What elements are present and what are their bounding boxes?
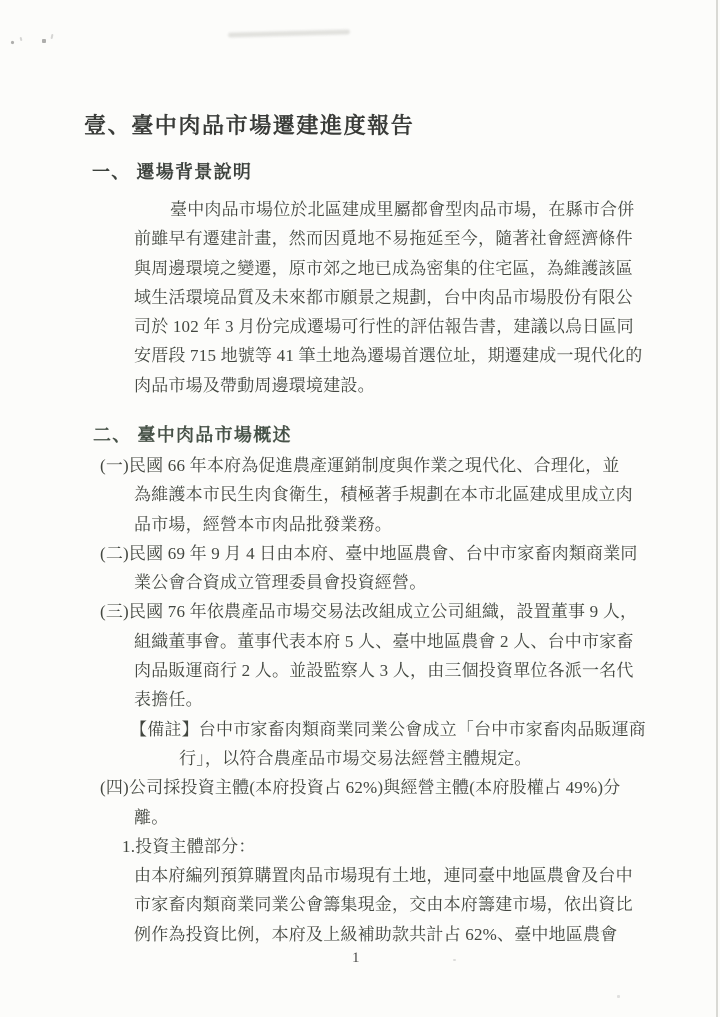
investment-subitem-label: 1.投資主體部分：: [134, 832, 694, 861]
list-item-1: (一)民國 66 年本府為促進農產運銷制度與作業之現代化、合理化，並 為維護本市…: [134, 451, 694, 539]
remark-note: 【備註】台中市家畜肉類商業同業公會成立「台中市家畜肉品販運商 行」，以符合農產品…: [134, 715, 694, 774]
list-item-2: (二)民國 69 年 9 月 4 日由本府、臺中地區農會、台中市家畜肉類商業同 …: [134, 539, 694, 598]
scan-speck: [617, 995, 620, 998]
section-2-body: (一)民國 66 年本府為促進農產運銷制度與作業之現代化、合理化，並 為維護本市…: [134, 451, 694, 949]
section-2-heading: 二、 臺中肉品市場概述: [93, 424, 292, 446]
scan-speck: [51, 34, 54, 39]
scan-edge-line: [716, 0, 718, 1017]
page-number: 1: [352, 948, 360, 968]
scan-speck: [42, 39, 46, 43]
scan-speck: [11, 41, 15, 45]
scanned-document-page: 壹、臺中肉品市場遷建進度報告 一、 遷場背景說明 臺中肉品市場位於北區建成里屬都…: [0, 0, 720, 1017]
scan-speck: [453, 959, 456, 961]
section-1-heading: 一、 遷場背景說明: [92, 161, 252, 183]
scan-smudge: [228, 29, 350, 37]
list-item-4: (四)公司採投資主體(本府投資占 62%)與經營主體(本府股權占 49%)分 離…: [134, 773, 694, 832]
list-item-3: (三)民國 76 年依農產品市場交易法改組成立公司組織，設置董事 9 人， 組織…: [134, 597, 694, 714]
scan-speck: [20, 37, 23, 41]
investment-paragraph: 由本府編列預算購置肉品市場現有土地，連同臺中地區農會及台中 市家畜肉類商業同業公…: [134, 861, 694, 949]
background-paragraph: 臺中肉品市場位於北區建成里屬都會型肉品市場，在縣市合併 前雖早有遷建計畫，然而因…: [134, 195, 674, 400]
document-title: 壹、臺中肉品市場遷建進度報告: [84, 112, 414, 140]
